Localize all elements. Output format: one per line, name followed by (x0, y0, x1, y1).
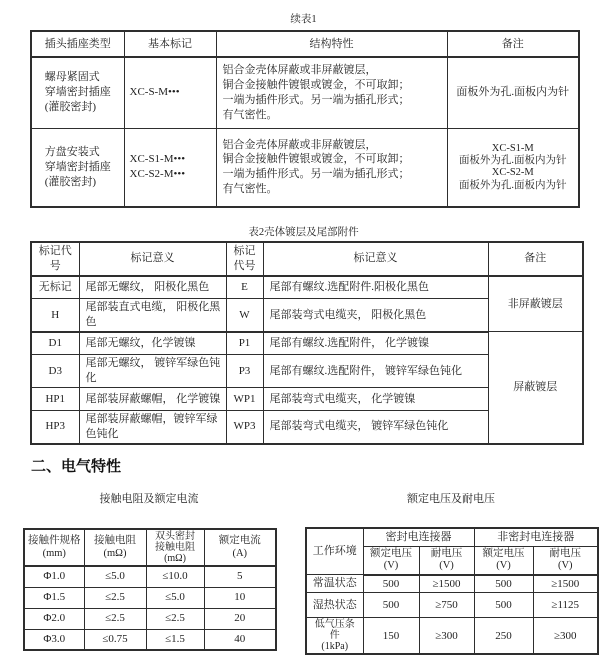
text-line: 有气密性。 (223, 108, 444, 123)
value-cell: ≤10.0 (146, 566, 204, 587)
table-row: 无标记 尾部无螺纹， 阳极化黑色 E 尾部有螺纹.选配附件.阳极化黑色 非屏蔽镀… (31, 276, 583, 299)
text-line: (灌胶密封) (45, 175, 111, 190)
meaning-cell: 尾部装弯式电缆夹， 镀锌军绿色钝化 (263, 411, 488, 444)
meaning-cell: 尾部有螺纹.选配附件， 镀锌军绿色钝化 (263, 355, 488, 388)
mark-cell: XC-S1-M••• XC-S2-M••• (124, 128, 216, 207)
plug-type-table: 插头插座类型 基本标记 结构特性 备注 螺母紧固式 穿墙密封插座 (灌胶密封) … (30, 30, 580, 208)
value-cell: ≤2.5 (146, 608, 204, 629)
meaning-cell: 尾部无螺纹，化学镀镍 (79, 332, 226, 355)
value-cell: ≥300 (419, 618, 474, 655)
header-rated-voltage: 额定电压 (V) (363, 546, 419, 574)
text-line: 铝合金壳体屏蔽或非屏蔽镀层， (223, 63, 444, 78)
header-unsealed-group: 非密封电连接器 (474, 528, 598, 546)
header-note: 备注 (488, 242, 583, 276)
code-cell: HP1 (31, 388, 79, 411)
text-line: (mΩ) (150, 553, 201, 564)
meaning-cell: 尾部装屏蔽螺帽， 化学镀镍 (79, 388, 226, 411)
document-page: 续表1 插头插座类型 基本标记 结构特性 备注 螺母紧固式 穿墙密封插座 (灌胶… (0, 0, 607, 655)
spec-cell: Φ3.0 (24, 629, 84, 650)
env-cell: 低气压条件 (1kPa) (306, 618, 363, 655)
text-line: XC-S1-M••• (130, 152, 213, 167)
value-cell: 150 (363, 618, 419, 655)
text-line: 低气压条件 (310, 619, 360, 641)
header-contact-resistance: 接触电阻 (mΩ) (84, 529, 146, 566)
code-cell: E (226, 276, 263, 299)
text-line: 接触电阻 (88, 535, 143, 547)
header-rated-voltage: 额定电压 (V) (474, 546, 533, 574)
table-row: 常温状态 500 ≥1500 500 ≥1500 (306, 575, 598, 593)
header-code: 标记代号 (31, 242, 79, 276)
value-cell: ≤0.75 (84, 629, 146, 650)
text-line: 面板外为孔.面板内为针 (451, 85, 576, 100)
meaning-cell: 尾部有螺纹.选配附件， 化学镀镍 (263, 332, 488, 355)
value-cell: 5 (204, 566, 276, 587)
text-line: (V) (423, 560, 471, 572)
note-cell: XC-S1-M 面板外为孔.面板内为针 XC-S2-M 面板外为孔.面板内为针 (447, 128, 579, 207)
value-cell: 10 (204, 587, 276, 608)
table-header-row: 工作环境 密封电连接器 非密封电连接器 (306, 528, 598, 546)
spec-cell: Φ2.0 (24, 608, 84, 629)
value-cell: 500 (363, 575, 419, 593)
meaning-cell: 尾部装弯式电缆夹， 阳极化黑色 (263, 299, 488, 332)
header-withstand-voltage: 耐电压 (V) (533, 546, 598, 574)
header-meaning: 标记意义 (263, 242, 488, 276)
code-cell: WP3 (226, 411, 263, 444)
value-cell: 500 (474, 575, 533, 593)
meaning-cell: 尾部无螺纹， 镀锌军绿色钝化 (79, 355, 226, 388)
type-cell: 螺母紧固式 穿墙密封插座 (灌胶密封) (31, 57, 124, 128)
value-cell: ≤1.5 (146, 629, 204, 650)
code-cell: HP3 (31, 411, 79, 444)
header-meaning: 标记意义 (79, 242, 226, 276)
text-line: XC-S2-M••• (130, 167, 213, 182)
text-line: 耐电压 (423, 548, 471, 560)
text-line: 方盘安装式 (45, 145, 111, 160)
table-row: Φ3.0 ≤0.75 ≤1.5 40 (24, 629, 276, 650)
features-cell: 铝合金壳体屏蔽或非屏蔽镀层， 铜合金接触件镀银或镀金，不可取卸； 一端为插件形式… (216, 57, 447, 128)
text-line: 额定电压 (367, 548, 416, 560)
value-cell: 250 (474, 618, 533, 655)
section-heading: 二、电气特性 (31, 455, 121, 476)
value-cell: 500 (474, 593, 533, 618)
meaning-cell: 尾部装屏蔽螺帽，镀锌军绿色钝化 (79, 411, 226, 444)
text-line: 接触电阻 (150, 542, 201, 553)
env-cell: 常温状态 (306, 575, 363, 593)
text-line: (V) (478, 560, 530, 572)
header-withstand-voltage: 耐电压 (V) (419, 546, 474, 574)
note-group-cell: 屏蔽镀层 (488, 332, 583, 444)
text-line: 一端为插件形式。另一端为插孔形式； (223, 93, 444, 108)
right-table-caption: 额定电压及耐电压 (305, 490, 597, 506)
text-line: XC-S2-M (451, 167, 576, 179)
note-cell: 面板外为孔.面板内为针 (447, 57, 579, 128)
table-row: Φ1.5 ≤2.5 ≤5.0 10 (24, 587, 276, 608)
table-header-row: 接触件规格 (mm) 接触电阻 (mΩ) 双头密封 接触电阻 (mΩ) 额定电流… (24, 529, 276, 566)
header-note: 备注 (447, 31, 579, 57)
code-cell: P3 (226, 355, 263, 388)
code-cell: WP1 (226, 388, 263, 411)
text-line: 螺母紧固式 (45, 70, 111, 85)
code-cell: 无标记 (31, 276, 79, 299)
env-cell: 湿热状态 (306, 593, 363, 618)
table-row: D1 尾部无螺纹，化学镀镍 P1 尾部有螺纹.选配附件， 化学镀镍 屏蔽镀层 (31, 332, 583, 355)
text-line: XC-S1-M (451, 143, 576, 155)
table-row: 湿热状态 500 ≥750 500 ≥1125 (306, 593, 598, 618)
features-cell: 铝合金壳体屏蔽或非屏蔽镀层， 铜合金接触件镀银或镀金，不可取卸； 一端为插件形式… (216, 128, 447, 207)
header-code: 标记代号 (226, 242, 263, 276)
type-lines: 螺母紧固式 穿墙密封插座 (灌胶密封) (45, 70, 111, 115)
mark-cell: XC-S-M••• (124, 57, 216, 128)
code-cell: P1 (226, 332, 263, 355)
text-line: 额定电流 (208, 535, 273, 547)
text-line: (V) (537, 560, 595, 572)
value-cell: ≥1125 (533, 593, 598, 618)
value-cell: ≥1500 (419, 575, 474, 593)
value-cell: ≤5.0 (146, 587, 204, 608)
text-line: XC-S-M••• (130, 85, 213, 100)
meaning-cell: 尾部装弯式电缆夹， 化学镀镍 (263, 388, 488, 411)
value-cell: ≤5.0 (84, 566, 146, 587)
table2-title: 表2壳体镀层及尾部附件 (0, 224, 607, 239)
text-line: (V) (367, 560, 416, 572)
text-line: (A) (208, 548, 273, 560)
text-line: 接触件规格 (28, 535, 81, 547)
type-lines: 方盘安装式 穿墙密封插座 (灌胶密封) (45, 145, 111, 190)
meaning-cell: 尾部装直式电缆， 阳极化黑色 (79, 299, 226, 332)
plating-table: 标记代号 标记意义 标记代号 标记意义 备注 无标记 尾部无螺纹， 阳极化黑色 … (30, 241, 584, 445)
text-line: 额定电压 (478, 548, 530, 560)
text-line: 铜合金接触件镀银或镀金，不可取卸； (223, 152, 444, 167)
text-line: 有气密性。 (223, 182, 444, 197)
value-cell: ≥750 (419, 593, 474, 618)
text-line: 面板外为孔.面板内为针 (451, 180, 576, 192)
text-line: (mm) (28, 548, 81, 560)
text-line: 铝合金壳体屏蔽或非屏蔽镀层， (223, 138, 444, 153)
meaning-cell: 尾部有螺纹.选配附件.阳极化黑色 (263, 276, 488, 299)
value-cell: ≥300 (533, 618, 598, 655)
text-line: (mΩ) (88, 548, 143, 560)
contact-resistance-table: 接触件规格 (mm) 接触电阻 (mΩ) 双头密封 接触电阻 (mΩ) 额定电流… (23, 528, 277, 651)
text-line: 面板外为孔.面板内为针 (451, 155, 576, 167)
value-cell: 20 (204, 608, 276, 629)
value-cell: 500 (363, 593, 419, 618)
text-line: 穿墙密封插座 (45, 85, 111, 100)
text-line: (灌胶密封) (45, 100, 111, 115)
spec-cell: Φ1.5 (24, 587, 84, 608)
table-row: Φ1.0 ≤5.0 ≤10.0 5 (24, 566, 276, 587)
text-line: 铜合金接触件镀银或镀金，不可取卸； (223, 78, 444, 93)
value-cell: 40 (204, 629, 276, 650)
code-cell: H (31, 299, 79, 332)
header-sealed-group: 密封电连接器 (363, 528, 474, 546)
table-header-row: 标记代号 标记意义 标记代号 标记意义 备注 (31, 242, 583, 276)
header-features: 结构特性 (216, 31, 447, 57)
header-environment: 工作环境 (306, 528, 363, 575)
voltage-table: 工作环境 密封电连接器 非密封电连接器 额定电压 (V) 耐电压 (V) 额定电… (305, 527, 599, 655)
code-cell: D1 (31, 332, 79, 355)
table-row: 方盘安装式 穿墙密封插座 (灌胶密封) XC-S1-M••• XC-S2-M••… (31, 128, 579, 207)
left-table-caption: 接触电阻及额定电流 (23, 490, 275, 506)
text-line: 一端为插件形式。另一端为插孔形式； (223, 167, 444, 182)
value-cell: ≤2.5 (84, 608, 146, 629)
value-cell: ≥1500 (533, 575, 598, 593)
text-line: 耐电压 (537, 548, 595, 560)
code-cell: W (226, 299, 263, 332)
spec-cell: Φ1.0 (24, 566, 84, 587)
table1-title: 续表1 (0, 11, 607, 26)
meaning-cell: 尾部无螺纹， 阳极化黑色 (79, 276, 226, 299)
text-line: 双头密封 (150, 531, 201, 542)
text-line: 穿墙密封插座 (45, 160, 111, 175)
table-row: 低气压条件 (1kPa) 150 ≥300 250 ≥300 (306, 618, 598, 655)
header-rated-current: 额定电流 (A) (204, 529, 276, 566)
note-group-cell: 非屏蔽镀层 (488, 276, 583, 332)
table-header-row: 插头插座类型 基本标记 结构特性 备注 (31, 31, 579, 57)
header-mark: 基本标记 (124, 31, 216, 57)
table-row: 螺母紧固式 穿墙密封插座 (灌胶密封) XC-S-M••• 铝合金壳体屏蔽或非屏… (31, 57, 579, 128)
header-contact-spec: 接触件规格 (mm) (24, 529, 84, 566)
code-cell: D3 (31, 355, 79, 388)
text-line: (1kPa) (310, 641, 360, 652)
table-row: Φ2.0 ≤2.5 ≤2.5 20 (24, 608, 276, 629)
header-double-seal-resistance: 双头密封 接触电阻 (mΩ) (146, 529, 204, 566)
value-cell: ≤2.5 (84, 587, 146, 608)
header-type: 插头插座类型 (31, 31, 124, 57)
type-cell: 方盘安装式 穿墙密封插座 (灌胶密封) (31, 128, 124, 207)
